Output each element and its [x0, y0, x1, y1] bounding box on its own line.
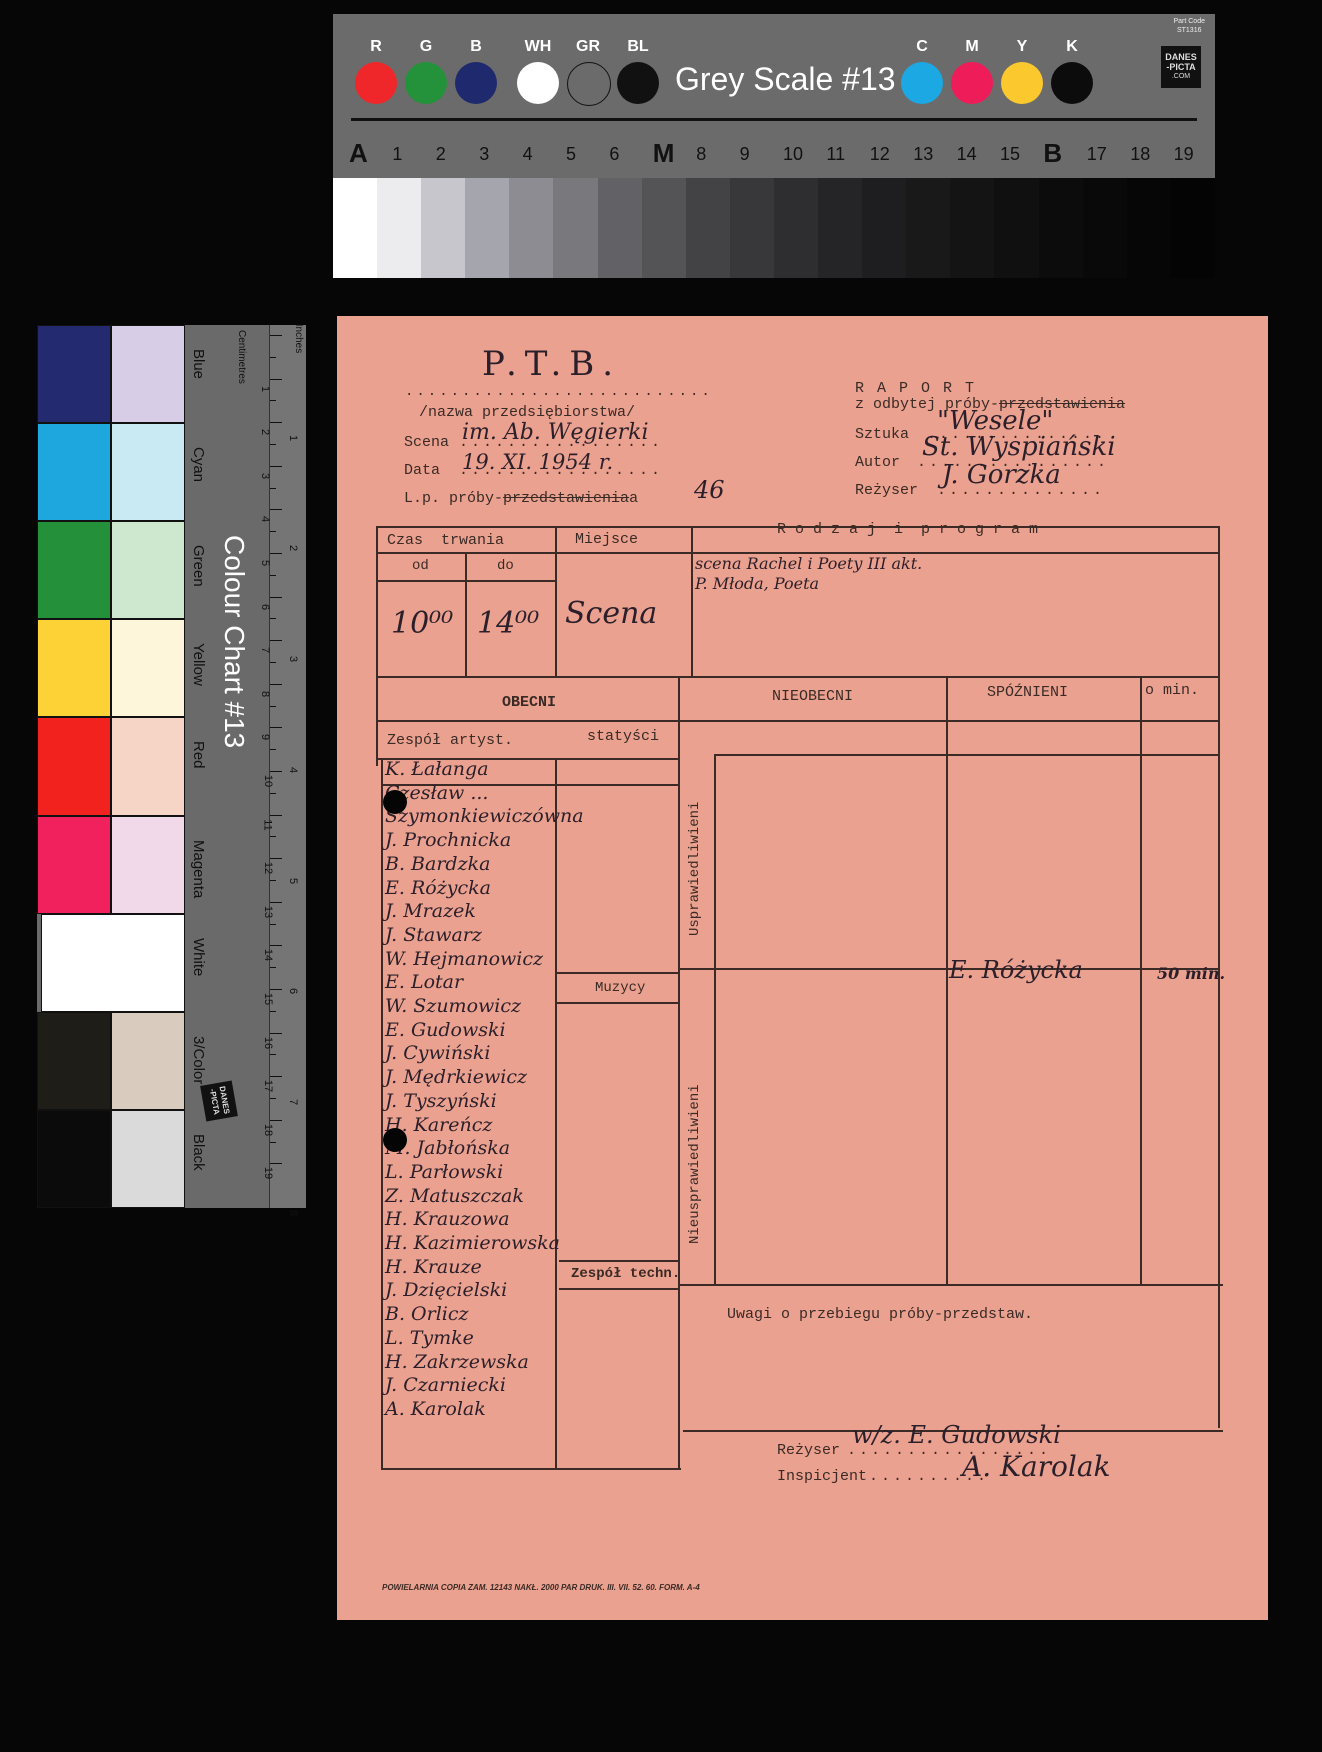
cm-number: 10 [262, 775, 274, 787]
danes-picta-logo: DANES -PICTA .COM [1161, 46, 1201, 88]
scale-label: 13 [913, 144, 933, 165]
ruler-tick [270, 1163, 282, 1164]
swatch-green-light [111, 521, 185, 619]
swatch-label: B [454, 38, 498, 56]
grey-step [730, 178, 774, 278]
lp-label-struck: przedstawienia [503, 490, 629, 507]
cm-number: 1 [259, 386, 271, 392]
colour-chart: BlueCyanGreenYellowRedMagentaWhite3/Colo… [37, 325, 305, 1208]
swatch-black-light [111, 1110, 185, 1208]
footer-inspicjent-value: A. Karolak [962, 1450, 1111, 1483]
logo-line: .COM [1164, 72, 1198, 82]
inch-number: 1 [287, 435, 299, 441]
cm-number: 17 [262, 1080, 274, 1092]
ruler-tick [270, 1098, 276, 1099]
ruler-tick [270, 967, 276, 968]
inch-number: 6 [287, 988, 299, 994]
data-label: Data [404, 462, 440, 479]
grey-step [994, 178, 1038, 278]
ruler-tick [270, 1142, 276, 1143]
table-border [376, 720, 1219, 722]
ruler-tick [270, 684, 282, 685]
cm-number: 19 [262, 1167, 274, 1179]
ruler-tick [270, 400, 276, 401]
late-name: E. Różycka [949, 956, 1083, 984]
ruler-tick [270, 836, 276, 837]
grey-step [1171, 178, 1215, 278]
swatch-cyan-dark [37, 423, 111, 521]
program-line-2: P. Młoda, Poeta [695, 574, 819, 593]
scale-label: 14 [957, 144, 977, 165]
statysci-label: statyści [587, 728, 659, 745]
colour-name: White [190, 938, 207, 976]
cm-number: 2 [259, 429, 271, 435]
inch-number: 8 [287, 1210, 299, 1216]
scena-label: Scena [404, 434, 449, 451]
swatch-cyan-light [111, 423, 185, 521]
ruler-tick [270, 357, 276, 358]
swatch-k-dot [1051, 62, 1093, 104]
scale-label: 2 [436, 144, 446, 165]
scena-value: im. Ab. Węgierki [462, 420, 649, 445]
swatch-g-dot [405, 62, 447, 104]
autor-label: Autor [855, 454, 900, 471]
swatch-c-dot [901, 62, 943, 104]
punch-hole [383, 1128, 407, 1152]
list-item: B. Orlicz [385, 1303, 469, 1325]
colour-name: 3/Color [190, 1036, 207, 1084]
table-border [555, 758, 557, 1470]
program-line-1: scena Rachel i Poety III akt. [695, 554, 922, 573]
footer-rezyser-label: Reżyser [777, 1442, 840, 1459]
ruler-tick [270, 880, 276, 881]
ruler-tick [270, 575, 276, 576]
grey-step [686, 178, 730, 278]
table-border [559, 1288, 680, 1290]
table-border [381, 758, 383, 1470]
list-item: K. Łałanga [385, 758, 489, 780]
miejsce-label: Miejsce [575, 531, 638, 548]
scale-label: 10 [783, 144, 803, 165]
ruler-tick [270, 597, 282, 598]
table-border [1218, 526, 1220, 676]
swatch-label: GR [566, 38, 610, 56]
scale-label: 12 [870, 144, 890, 165]
swatch-yellow-dark [37, 619, 111, 717]
table-border [381, 1468, 681, 1470]
swatch-label: R [354, 38, 398, 56]
list-item: L. Parłowski [385, 1161, 503, 1183]
grey-step [642, 178, 686, 278]
cm-number: 6 [259, 604, 271, 610]
list-item: E. Różycka [385, 877, 491, 899]
table-border [714, 754, 1219, 756]
scale-label: 8 [696, 144, 706, 165]
scale-label: 9 [740, 144, 750, 165]
grey-step [1127, 178, 1171, 278]
scale-label: 15 [1000, 144, 1020, 165]
swatch-b-dot [455, 62, 497, 104]
list-item: H. Zakrzewska [385, 1351, 529, 1373]
czas-label: Czas trwania [387, 532, 504, 549]
list-item: H. Krauzowa [385, 1208, 510, 1230]
ruler-tick [270, 1011, 276, 1012]
cm-number: 14 [262, 949, 274, 961]
ruler-tick [270, 924, 276, 925]
table-border [559, 1260, 680, 1262]
grey-scale-title: Grey Scale #13 [675, 61, 896, 98]
list-item: W. Szumowicz [385, 995, 521, 1017]
muzycy-label: Muzycy [595, 980, 645, 996]
data-value: 19. XI. 1954 r. [462, 450, 613, 474]
ruler-tick [270, 531, 276, 532]
scale-label: 4 [523, 144, 533, 165]
ruler-tick [270, 771, 282, 772]
scale-label: 17 [1087, 144, 1107, 165]
swatch-red-dark [37, 717, 111, 815]
colour-name: Red [190, 741, 207, 769]
grey-step [1083, 178, 1127, 278]
swatch-black-dark [37, 1110, 111, 1208]
table-border [678, 676, 680, 1470]
swatch-label: G [404, 38, 448, 56]
scale-label: 19 [1174, 144, 1194, 165]
table-border [376, 676, 378, 766]
grey-step [950, 178, 994, 278]
grey-step [906, 178, 950, 278]
scale-label: 3 [479, 144, 489, 165]
ruler-tick [270, 422, 282, 423]
ruler-tick [270, 1120, 282, 1121]
list-item: J. Stawarz [385, 924, 482, 946]
grey-step [553, 178, 597, 278]
rodzaj-label: R o d z a j i p r o g r a m [777, 521, 1038, 538]
lp-value: 46 [694, 476, 725, 504]
ruler-tick [270, 618, 276, 619]
swatch-blue-dark [37, 325, 111, 423]
table-border [1218, 676, 1220, 1428]
colour-name: Yellow [190, 643, 207, 686]
inch-number: 3 [287, 656, 299, 662]
swatch-label: M [950, 38, 994, 56]
footer-inspicjent-label: Inspicjent [777, 1468, 867, 1485]
cm-number: 18 [262, 1124, 274, 1136]
lp-label: L.p. próby-przedstawieniaa [404, 490, 638, 507]
table-border [376, 526, 378, 676]
scale-label: M [653, 138, 675, 169]
cm-number: 15 [262, 993, 274, 1005]
ruler: Inches 123456789101112131415161718191234… [269, 325, 306, 1208]
table-border [465, 552, 467, 676]
table-border [691, 526, 693, 676]
swatch-magenta-light [111, 816, 185, 914]
scale-label: 1 [392, 144, 402, 165]
colour-name: Magenta [190, 840, 207, 898]
zespol-techn-label: Zespół techn. [571, 1266, 680, 1282]
ruler-tick [270, 706, 276, 707]
usprawiedliwieni-label: Usprawiedliwieni [687, 802, 703, 936]
list-item: E. Gudowski [385, 1019, 506, 1041]
swatch-y-dot [1001, 62, 1043, 104]
ruler-tick [270, 793, 276, 794]
scale-label: 18 [1130, 144, 1150, 165]
late-minutes: 50 min. [1157, 964, 1225, 983]
swatch-label: K [1050, 38, 1094, 56]
miejsce-value: Scena [565, 596, 657, 631]
dotted-line: ........................... [405, 384, 713, 400]
table-border [946, 676, 948, 1284]
cm-number: 9 [259, 734, 271, 740]
list-item: Z. Matuszczak [385, 1185, 524, 1207]
swatch-gr-dot [567, 62, 611, 106]
grey-step [333, 178, 377, 278]
ruler-tick [270, 488, 276, 489]
swatch-label: C [900, 38, 944, 56]
swatch-label: BL [616, 38, 660, 56]
swatch-white [41, 914, 185, 1012]
swatch-red-light [111, 717, 185, 815]
grey-step [1039, 178, 1083, 278]
swatch-label: Y [1000, 38, 1044, 56]
part-code-value: ST1316 [1173, 26, 1205, 35]
list-item: A. Karolak [385, 1398, 486, 1420]
swatch-label: WH [516, 38, 560, 56]
grey-step [598, 178, 642, 278]
nieobecni-label: NIEOBECNI [772, 688, 853, 705]
swatch-wh-dot [517, 62, 559, 104]
ruler-tick [270, 509, 282, 510]
nieusprawiedliwieni-label: Nieusprawiedliwieni [687, 1084, 703, 1244]
cm-number: 5 [259, 560, 271, 566]
grey-step [509, 178, 553, 278]
swatch-m-dot [951, 62, 993, 104]
obecni-label: OBECNI [502, 694, 556, 711]
cm-number: 12 [262, 862, 274, 874]
list-item: L. Tymke [385, 1327, 474, 1349]
scale-label: A [349, 138, 368, 169]
grey-step [421, 178, 465, 278]
ruler-tick [270, 945, 282, 946]
ruler-tick [270, 466, 282, 467]
list-item: B. Bardzka [385, 853, 490, 875]
scale-label: 5 [566, 144, 576, 165]
lp-label-prefix: L.p. próby- [404, 490, 503, 507]
ruler-tick [270, 444, 276, 445]
cm-number: 13 [262, 906, 274, 918]
ruler-tick [270, 1033, 282, 1034]
inch-number: 7 [287, 1099, 299, 1105]
autor-value: St. Wyspiański [922, 432, 1116, 462]
ruler-tick [270, 858, 282, 859]
o-min-label: o min. [1145, 682, 1199, 699]
part-code-label: Part Code [1173, 17, 1205, 26]
cm-number: 3 [259, 473, 271, 479]
rehearsal-report-form: P.T.B. ........................... /nazw… [337, 316, 1268, 1620]
logo-line: DANES [1164, 52, 1198, 62]
swatch-3-color-dark [37, 1012, 111, 1110]
cm-number: 8 [259, 691, 271, 697]
list-item: J. Cywiński [385, 1042, 490, 1064]
list-item: E. Lotar [385, 971, 463, 993]
swatch-3-color-light [111, 1012, 185, 1110]
table-border [678, 1284, 1223, 1286]
list-item: H. Krauze [385, 1256, 482, 1278]
sztuka-label: Sztuka [855, 426, 909, 443]
zespol-artyst-label: Zespół artyst. [387, 732, 513, 749]
colour-name: Black [190, 1134, 207, 1171]
ruler-tick [270, 749, 276, 750]
list-item: J. Dzięcielski [385, 1279, 507, 1301]
cm-number: 4 [259, 516, 271, 522]
colour-name: Cyan [190, 447, 207, 482]
footer-rezyser-value: w/z. E. Gudowski [852, 1421, 1061, 1449]
list-item: Szymonkiewiczówna [385, 805, 584, 827]
table-border [714, 754, 716, 1284]
uwagi-label: Uwagi o przebiegu próby-przedstaw. [727, 1306, 1033, 1323]
swatch-green-dark [37, 521, 111, 619]
list-item: J. Prochnicka [385, 829, 511, 851]
ruler-tick [270, 989, 282, 990]
table-border [557, 1002, 678, 1004]
od-label: od [412, 558, 429, 574]
cm-number: 16 [262, 1036, 274, 1048]
ruler-tick [270, 662, 276, 663]
ruler-tick [270, 640, 282, 641]
grey-step [774, 178, 818, 278]
colour-name: Blue [190, 349, 207, 379]
ruler-tick [270, 379, 282, 380]
swatch-magenta-dark [37, 816, 111, 914]
do-value: 14⁰⁰ [477, 606, 539, 641]
company-label: /nazwa przedsiębiorstwa/ [419, 404, 635, 421]
ruler-tick [270, 815, 282, 816]
swatch-blue-light [111, 325, 185, 423]
grey-step [377, 178, 421, 278]
table-border [1140, 676, 1142, 1284]
spoznieni-label: SPÓŹNIENI [987, 684, 1068, 701]
centimetres-label: Centimetres [236, 330, 247, 384]
grey-scale-card: Part Code ST1316 DANES -PICTA .COM RGBWH… [333, 14, 1215, 178]
inches-label: Inches [293, 324, 304, 353]
punch-hole [383, 790, 407, 814]
logo-line: -PICTA [1164, 62, 1198, 72]
inch-number: 4 [287, 767, 299, 773]
scale-label: 6 [609, 144, 619, 165]
grey-step [465, 178, 509, 278]
ruler-tick [270, 1054, 276, 1055]
divider [351, 118, 1197, 121]
ruler-tick [270, 727, 282, 728]
table-border [557, 972, 678, 974]
swatch-bl-dot [617, 62, 659, 104]
danes-picta-logo: DANES -PICTA [200, 1080, 238, 1121]
swatch-r-dot [355, 62, 397, 104]
cm-number: 7 [259, 647, 271, 653]
list-item: J. Tyszyński [385, 1090, 497, 1112]
list-item: J. Czarniecki [385, 1374, 506, 1396]
colour-name: Green [190, 545, 207, 587]
list-item: J. Mrazek [385, 900, 476, 922]
od-value: 10⁰⁰ [391, 606, 453, 641]
cm-number: 11 [262, 819, 274, 830]
inch-number: 2 [287, 545, 299, 551]
ruler-tick [270, 335, 282, 336]
rezyser-label: Reżyser [855, 482, 918, 499]
raport-title: R A P O R T [855, 380, 976, 397]
do-label: do [497, 558, 514, 574]
inch-number: 5 [287, 877, 299, 883]
rezyser-value: J. Gorzka [942, 460, 1061, 490]
scale-label: 11 [826, 144, 845, 165]
list-item: J. Mędrkiewicz [385, 1066, 527, 1088]
ruler-tick [270, 902, 282, 903]
swatch-yellow-light [111, 619, 185, 717]
scale-label: B [1043, 138, 1062, 169]
list-item: H. Kazimierowska [385, 1232, 560, 1254]
grey-step [818, 178, 862, 278]
ruler-tick [270, 553, 282, 554]
part-code: Part Code ST1316 [1173, 17, 1205, 35]
table-border [555, 526, 557, 676]
table-border [376, 676, 1219, 678]
grey-step [862, 178, 906, 278]
grey-step-strip [333, 178, 1215, 278]
ruler-tick [270, 1076, 282, 1077]
colour-chart-title: Colour Chart #13 [218, 535, 250, 748]
company-handwritten: P.T.B. [482, 344, 621, 384]
list-item: W. Hejmanowicz [385, 948, 543, 970]
print-note: POWIELARNIA COPIA ZAM. 12143 NAKŁ. 2000 … [382, 1583, 700, 1592]
